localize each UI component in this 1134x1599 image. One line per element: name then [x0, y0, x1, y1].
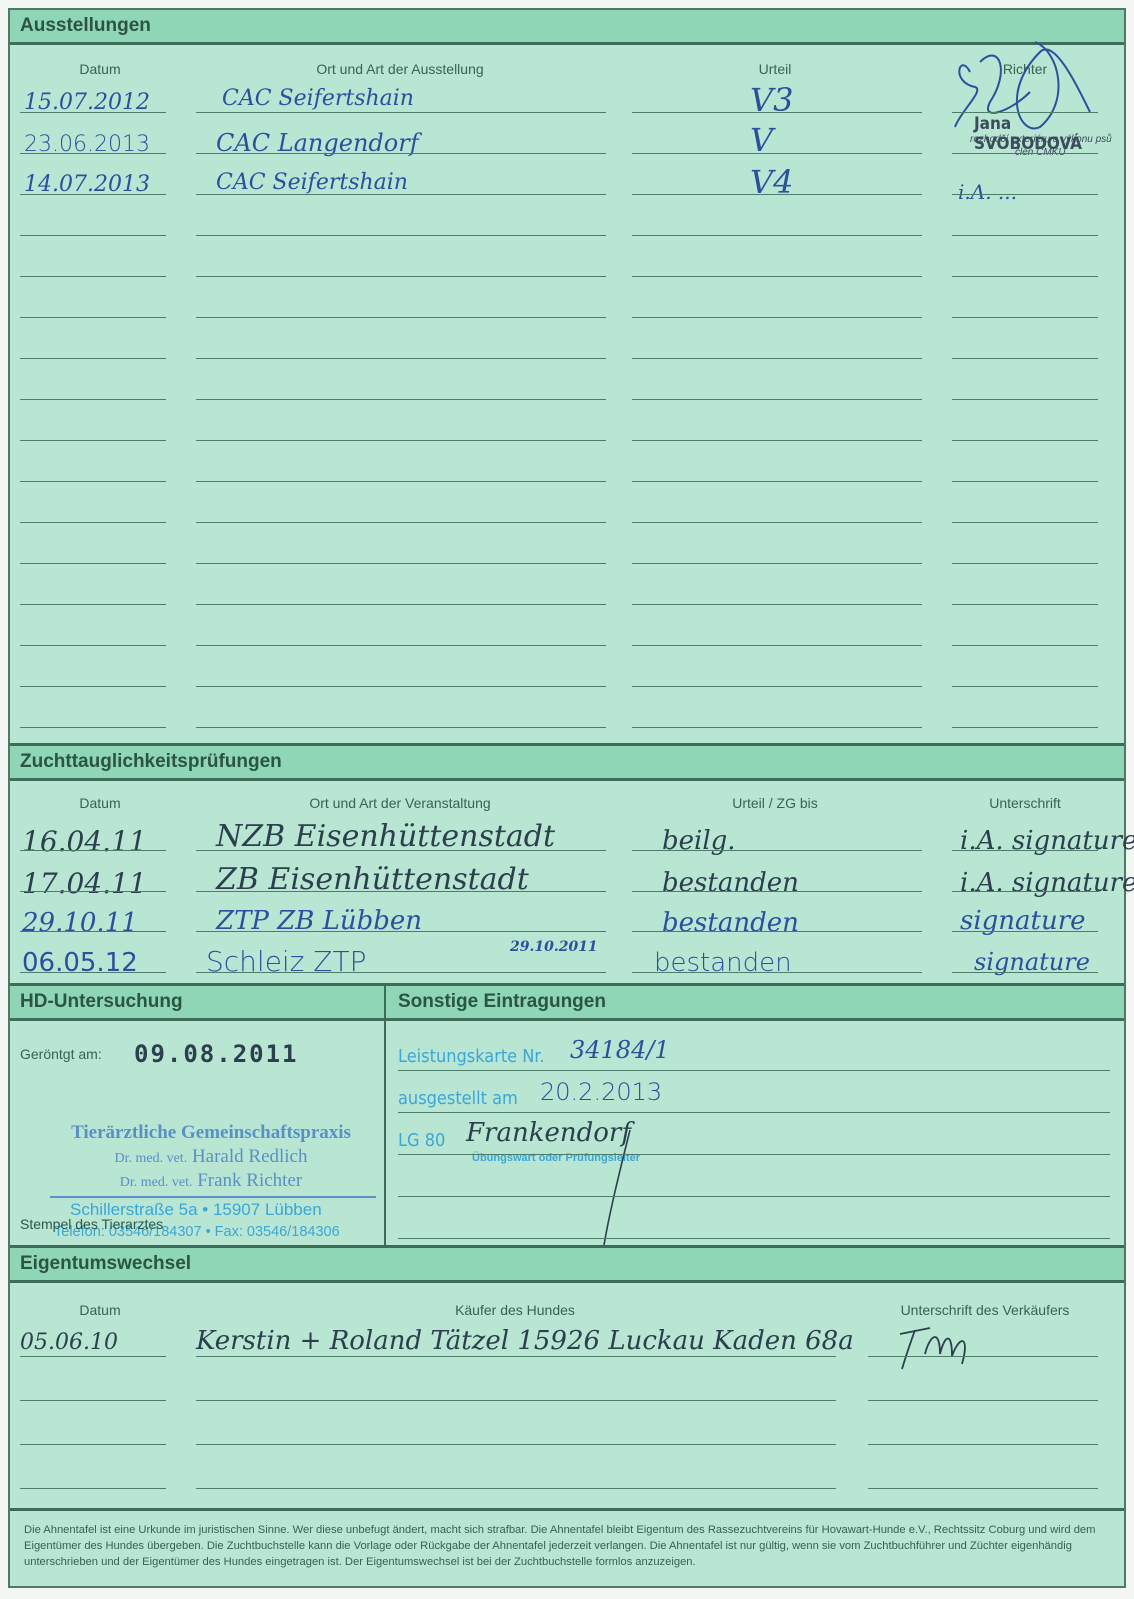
col-eig-datum: Datum [50, 1302, 150, 1318]
ruled-line [952, 931, 1098, 932]
ruled-line [952, 645, 1098, 646]
zt-correction-date: 29.10.2011 [510, 940, 598, 954]
ausstellung-2-ort: CAC Langendorf [216, 131, 419, 155]
ruled-line [196, 194, 606, 195]
ruled-line [20, 686, 166, 687]
ruled-line [196, 235, 606, 236]
ruled-line [632, 727, 922, 728]
ruled-line [196, 1444, 836, 1445]
ruled-line [196, 522, 606, 523]
ruled-line [20, 1356, 166, 1357]
ruled-line [632, 317, 922, 318]
ruled-line [20, 522, 166, 523]
hd-label: Geröntgt am: [20, 1046, 102, 1062]
ruled-line [20, 194, 166, 195]
ruled-line [196, 931, 606, 932]
vet-stamp-doctor-2: Dr. med. vet. Frank Richter [46, 1170, 376, 1192]
leistungskarte-value: 34184/1 [570, 1038, 670, 1062]
ruled-line [952, 112, 1098, 113]
vet-stamp-doctor-1: Dr. med. vet. Harald Redlich [46, 1146, 376, 1168]
ruled-line [632, 481, 922, 482]
ruled-line [632, 686, 922, 687]
ruled-line [632, 604, 922, 605]
ruled-line [952, 235, 1098, 236]
ruled-line [952, 317, 1098, 318]
ruled-line [196, 1400, 836, 1401]
ruled-line [952, 276, 1098, 277]
ruled-line [398, 1196, 1110, 1197]
zt-2-urteil: bestanden [662, 870, 799, 896]
ruled-line [20, 563, 166, 564]
ruled-line [632, 399, 922, 400]
ruled-line [196, 1356, 836, 1357]
ruled-line [632, 112, 922, 113]
ruled-line [20, 645, 166, 646]
ausstellung-3-richter: i.A. ... [958, 182, 1017, 202]
ruled-line [952, 604, 1098, 605]
ruled-line [20, 931, 166, 932]
ausstellung-3-ort: CAC Seifertshain [216, 172, 408, 194]
leistungskarte-label: Leistungskarte Nr. [398, 1046, 545, 1067]
col-zt-urteil: Urteil / ZG bis [630, 795, 920, 811]
ruled-line [196, 604, 606, 605]
ruled-line [196, 891, 606, 892]
vet-stamp-divider [50, 1196, 376, 1198]
ruled-line [952, 850, 1098, 851]
ruled-line [20, 891, 166, 892]
ruled-line [632, 972, 922, 973]
ausgestellt-value: 20.2.2013 [540, 1080, 662, 1104]
zt-3-datum: 29.10.11 [22, 910, 138, 936]
ruled-line [20, 399, 166, 400]
col-zt-datum: Datum [50, 795, 150, 811]
col-urteil: Urteil [630, 61, 920, 77]
ruled-line [952, 522, 1098, 523]
ruled-line [20, 972, 166, 973]
ruled-line [196, 112, 606, 113]
col-zt-ort: Ort und Art der Veranstaltung [200, 795, 600, 811]
ruled-line [20, 112, 166, 113]
ausstellung-3-datum: 14.07.2013 [24, 174, 150, 196]
ruled-line [952, 972, 1098, 973]
section-eigentum-title: Eigentumswechsel [10, 1245, 1124, 1283]
footer-divider [10, 1508, 1124, 1511]
ruled-line [196, 358, 606, 359]
ruled-line [952, 194, 1098, 195]
section-hd-title: HD-Untersuchung [20, 986, 183, 1018]
ruled-line [398, 1112, 1110, 1113]
ruled-line [952, 399, 1098, 400]
ruled-line [20, 850, 166, 851]
eigentum-1-datum: 05.06.10 [20, 1332, 118, 1354]
col-zt-unterschrift: Unterschrift [950, 795, 1100, 811]
ruled-line [20, 153, 166, 154]
ruled-line [868, 1444, 1098, 1445]
ruled-line [398, 1070, 1110, 1071]
ruled-line [632, 194, 922, 195]
signature-stroke-icon [600, 1130, 640, 1250]
ruled-line [196, 563, 606, 564]
ruled-line [632, 563, 922, 564]
ruled-line [20, 1444, 166, 1445]
legal-footnote: Die Ahnentafel ist eine Urkunde im juris… [24, 1522, 1110, 1570]
ruled-line [196, 317, 606, 318]
ruled-line [952, 440, 1098, 441]
zt-1-ort: NZB Eisenhüttenstadt [216, 822, 555, 852]
ruled-line [632, 235, 922, 236]
hd-date: 09.08.2011 [134, 1040, 299, 1068]
ruled-line [20, 481, 166, 482]
ruled-line [398, 1154, 1110, 1155]
col-ort: Ort und Art der Ausstellung [200, 61, 600, 77]
judge-stamp-title: rozhodčí exteriéru a výkonu psů [970, 134, 1112, 145]
ruled-line [196, 153, 606, 154]
ruled-line [196, 440, 606, 441]
col-datum: Datum [50, 61, 150, 77]
zt-1-datum: 16.04.11 [22, 828, 147, 856]
ruled-line [20, 604, 166, 605]
ruled-line [196, 481, 606, 482]
ruled-line [20, 358, 166, 359]
vet-stamp-label: Stempel des Tierarztes [20, 1216, 163, 1232]
ruled-line [20, 1488, 166, 1489]
ruled-line [952, 153, 1098, 154]
ruled-line [20, 727, 166, 728]
ruled-line [952, 727, 1098, 728]
ruled-line [632, 522, 922, 523]
ruled-line [196, 1488, 836, 1489]
pedigree-back-page: Ausstellungen Datum Ort und Art der Auss… [8, 8, 1126, 1588]
ruled-line [952, 358, 1098, 359]
ruled-line [952, 891, 1098, 892]
ausstellung-1-ort: CAC Seifertshain [222, 88, 414, 110]
ruled-line [196, 727, 606, 728]
ruled-line [632, 358, 922, 359]
ausgestellt-label: ausgestellt am [398, 1088, 518, 1109]
ruled-line [952, 563, 1098, 564]
ruled-line [20, 440, 166, 441]
ruled-line [20, 276, 166, 277]
ruled-line [196, 645, 606, 646]
ruled-line [632, 153, 922, 154]
ruled-line [868, 1356, 1098, 1357]
ruled-line [632, 931, 922, 932]
ruled-line [20, 1400, 166, 1401]
ruled-line [20, 235, 166, 236]
ruled-line [196, 276, 606, 277]
ruled-line [952, 686, 1098, 687]
section-sonstige-title: Sonstige Eintragungen [398, 986, 606, 1018]
hd-sonstige-divider [384, 983, 386, 1245]
ruled-line [632, 891, 922, 892]
col-eig-kaeufer: Käufer des Hundes [200, 1302, 830, 1318]
ruled-line [632, 850, 922, 851]
zt-4-unterschrift: signature [974, 950, 1090, 974]
lg-label: LG 80 [398, 1130, 445, 1151]
ruled-line [196, 850, 606, 851]
ruled-line [632, 645, 922, 646]
ausstellung-1-datum: 15.07.2012 [24, 92, 150, 114]
ruled-line [20, 317, 166, 318]
ruled-line [632, 276, 922, 277]
ruled-line [398, 1238, 1110, 1239]
ruled-line [632, 440, 922, 441]
vet-stamp-title: Tierärztliche Gemeinschaftspraxis [46, 1122, 376, 1144]
ruled-line [868, 1400, 1098, 1401]
ruled-line [196, 399, 606, 400]
ruled-line [952, 481, 1098, 482]
seller-signature-icon [890, 1314, 990, 1374]
ruled-line [196, 686, 606, 687]
zt-2-datum: 17.04.11 [22, 870, 147, 898]
zt-3-urteil: bestanden [662, 910, 799, 936]
section-zuchttauglichkeit-title: Zuchttauglichkeitsprüfungen [10, 743, 1124, 781]
ruled-line [868, 1488, 1098, 1489]
eigentum-1-kaeufer: Kerstin + Roland Tätzel 15926 Luckau Kad… [196, 1328, 854, 1354]
zt-2-unterschrift: i.A. signature [960, 870, 1134, 896]
ausstellung-2-urteil: V [750, 124, 773, 156]
ruled-line [196, 972, 606, 973]
